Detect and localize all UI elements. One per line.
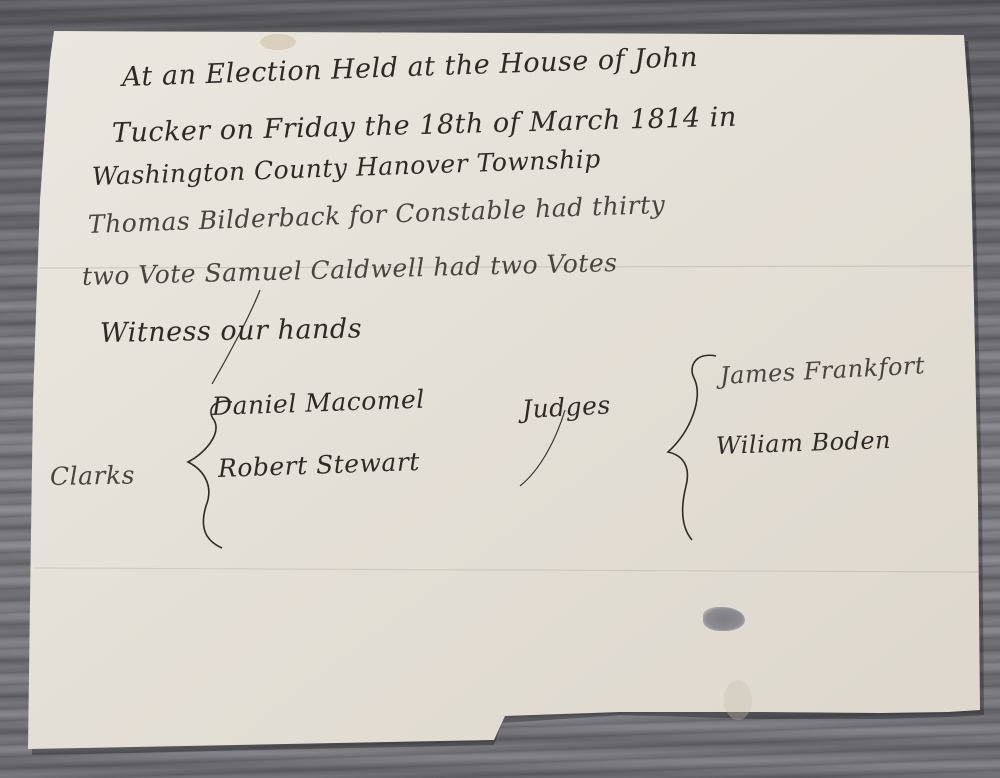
document-paper: At an Election Held at the House of John… <box>0 0 1000 778</box>
document-line-6: Witness our hands <box>100 313 363 349</box>
clerks-label: Clarks <box>50 461 135 491</box>
judges-label: Judges <box>521 390 611 424</box>
paper-hole <box>703 607 745 631</box>
